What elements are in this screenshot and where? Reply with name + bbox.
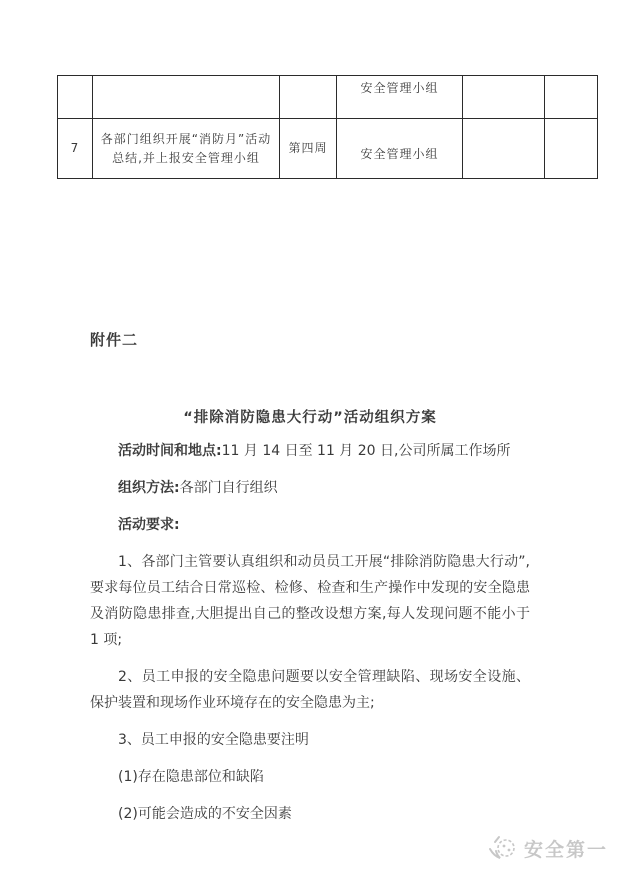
body-paragraph-2: 2、员工申报的安全隐患问题要以安全管理缺陷、现场安全设施、保护装置和现场作业环境… bbox=[90, 664, 530, 716]
line-requirements-label: 活动要求: bbox=[118, 517, 180, 533]
page-title: “排除消防隐患大行动”活动组织方案 bbox=[60, 406, 560, 427]
table-cell-empty bbox=[463, 76, 545, 119]
footer-brand-text: 安全第一 bbox=[524, 835, 608, 862]
line-method-label: 组织方法: bbox=[118, 480, 180, 496]
table-cell-task: 各部门组织开展“消防月”活动总结,并上报安全管理小组 bbox=[93, 119, 280, 179]
table-cell-empty bbox=[545, 76, 598, 119]
table-cell-index: 7 bbox=[58, 119, 93, 179]
table-cell-week: 第四周 bbox=[280, 119, 337, 179]
body-paragraph-1: 1、各部门主管要认真组织和动员员工开展“排除消防隐患大行动”,要求每位员工结合日… bbox=[90, 549, 530, 653]
table-cell-empty bbox=[545, 119, 598, 179]
line-requirements: 活动要求: bbox=[90, 512, 530, 538]
hand-holding-globe-icon bbox=[487, 834, 519, 862]
line-time-place-value: 11 月 14 日至 11 月 20 日,公司所属工作场所 bbox=[222, 443, 511, 459]
table-cell-week bbox=[280, 76, 337, 119]
table-cell-task bbox=[93, 76, 280, 119]
table-cell-owner: 安全管理小组 bbox=[337, 76, 463, 119]
table-cell-empty bbox=[463, 119, 545, 179]
table-row-7: 7 各部门组织开展“消防月”活动总结,并上报安全管理小组 第四周 安全管理小组 bbox=[58, 119, 598, 179]
line-method-value: 各部门自行组织 bbox=[180, 480, 278, 496]
attachment-heading: 附件二 bbox=[90, 329, 138, 350]
line-time-place-label: 活动时间和地点: bbox=[118, 443, 222, 459]
table-cell-index bbox=[58, 76, 93, 119]
table-row-6-partial: 安全管理小组 bbox=[58, 76, 598, 119]
document-body: 活动时间和地点:11 月 14 日至 11 月 20 日,公司所属工作场所 组织… bbox=[90, 438, 530, 838]
schedule-table: 安全管理小组 7 各部门组织开展“消防月”活动总结,并上报安全管理小组 第四周 … bbox=[57, 75, 598, 179]
footer-brand: 安全第一 bbox=[487, 833, 608, 863]
line-method: 组织方法:各部门自行组织 bbox=[90, 475, 530, 501]
body-paragraph-4: (1)存在隐患部位和缺陷 bbox=[90, 764, 530, 790]
body-paragraph-5: (2)可能会造成的不安全因素 bbox=[90, 801, 530, 827]
table-cell-owner: 安全管理小组 bbox=[337, 119, 463, 179]
line-time-place: 活动时间和地点:11 月 14 日至 11 月 20 日,公司所属工作场所 bbox=[90, 438, 530, 464]
document-page: 安全管理小组 7 各部门组织开展“消防月”活动总结,并上报安全管理小组 第四周 … bbox=[0, 0, 620, 877]
body-paragraph-3: 3、员工申报的安全隐患要注明 bbox=[90, 727, 530, 753]
